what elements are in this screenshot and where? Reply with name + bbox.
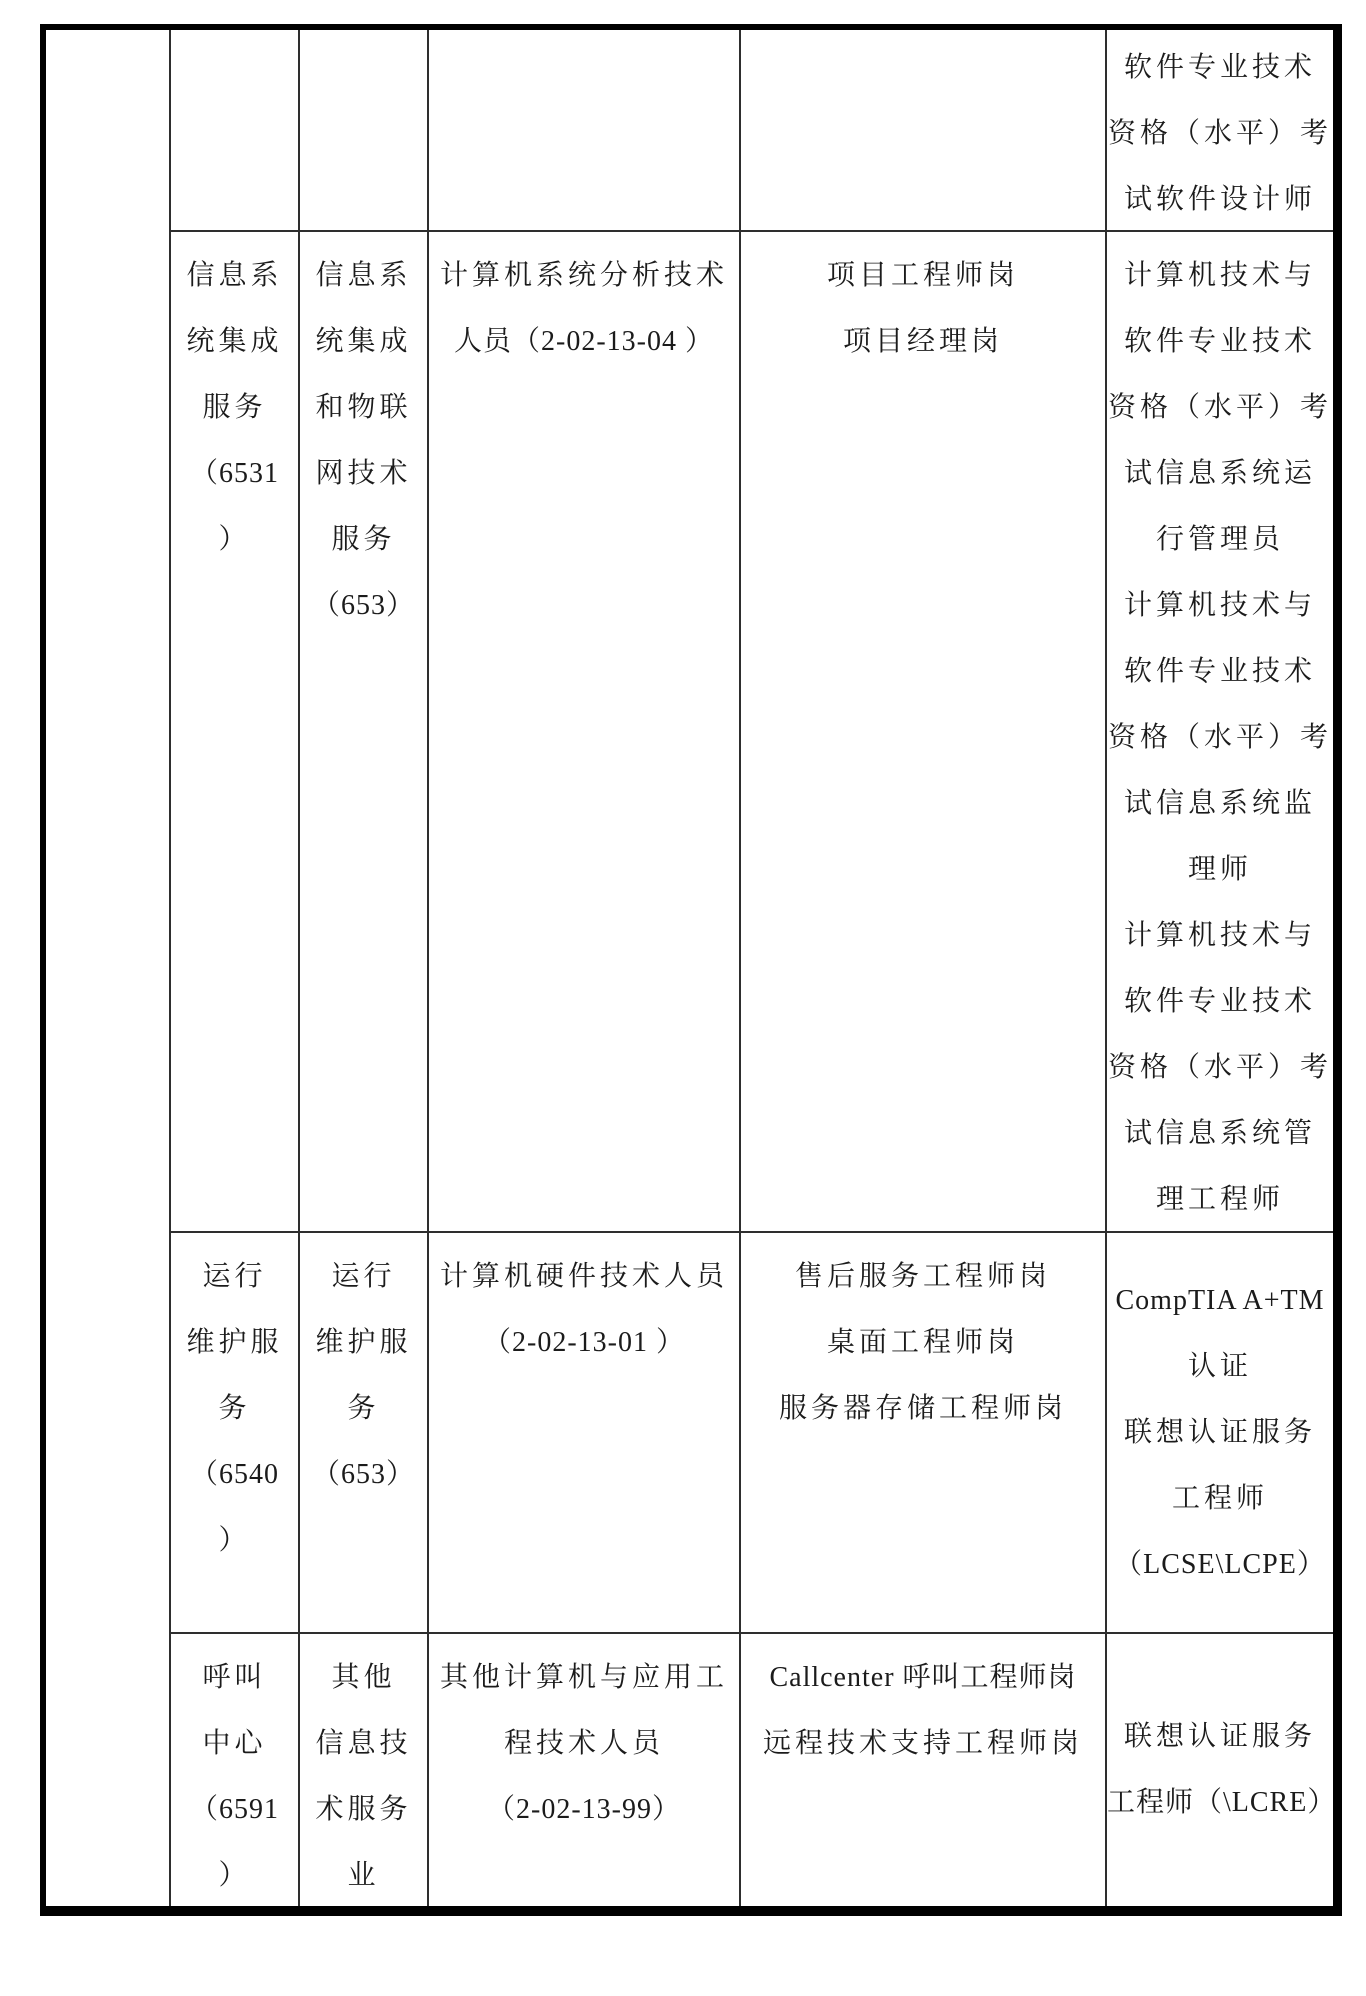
cell-line: 信息系	[171, 243, 298, 309]
cell-line: （6540	[171, 1442, 298, 1508]
cell-line: 软件专业技术	[1107, 639, 1333, 705]
cell-line: 软件专业技术	[1107, 35, 1333, 101]
cell-line: 和物联	[300, 375, 427, 441]
cell-line: 网技术	[300, 441, 427, 507]
cell-line: （6531	[171, 441, 298, 507]
cell-line: ）	[171, 1843, 298, 1906]
cell-line: 联想认证服务	[1107, 1400, 1333, 1466]
cell-line: 计算机技术与	[1107, 243, 1333, 309]
cell-r1-certificates: 计算机技术与软件专业技术资格（水平）考试信息系统运行管理员计算机技术与软件专业技…	[1107, 232, 1333, 1233]
cell-r2-certificates: CompTIA A+TM认证联想认证服务工程师（LCSE\LCPE）	[1107, 1233, 1333, 1634]
cell-line: 理工程师	[1107, 1167, 1333, 1233]
cell-line: 计算机技术与	[1107, 903, 1333, 969]
cell-r0-industry-sub-empty	[171, 30, 300, 232]
occupation-certification-table: 软件专业技术资格（水平）考试软件设计师 信息系统集成服务（6531） 信息系统集…	[40, 24, 1342, 1916]
cell-line: 工程师	[1107, 1466, 1333, 1532]
cell-r3-industry-group: 其他信息技术服务业	[300, 1634, 429, 1906]
cell-line: 资格（水平）考	[1107, 375, 1333, 441]
cell-line: 远程技术支持工程师岗	[741, 1711, 1105, 1777]
cell-line: （6591	[171, 1777, 298, 1843]
cell-line: 信息系	[300, 243, 427, 309]
cell-line: （2-02-13-99）	[429, 1777, 739, 1843]
cell-line: 计算机技术与	[1107, 573, 1333, 639]
cell-line: 运行	[300, 1244, 427, 1310]
cell-line: 桌面工程师岗	[741, 1310, 1105, 1376]
cell-line: 维护服	[171, 1310, 298, 1376]
cell-r0-certificates: 软件专业技术资格（水平）考试软件设计师	[1107, 30, 1333, 232]
cell-line: 资格（水平）考	[1107, 1035, 1333, 1101]
cell-r1-occupation: 计算机系统分析技术人员（2-02-13-04 ）	[429, 232, 741, 1233]
cell-r0-industry-group-empty	[300, 30, 429, 232]
cell-line: 试软件设计师	[1107, 167, 1333, 232]
cell-line: 认证	[1107, 1334, 1333, 1400]
cell-line: CompTIA A+TM	[1107, 1268, 1333, 1334]
cell-r1-positions: 项目工程师岗项目经理岗	[741, 232, 1107, 1233]
cell-line: 中心	[171, 1711, 298, 1777]
cell-line: Callcenter 呼叫工程师岗	[741, 1645, 1105, 1711]
cell-r3-certificates: 联想认证服务工程师（\LCRE）	[1107, 1634, 1333, 1906]
cell-line: 服务	[171, 375, 298, 441]
cell-r1-industry-sub: 信息系统集成服务（6531）	[171, 232, 300, 1233]
cell-line: 业	[300, 1843, 427, 1906]
cell-line: ）	[171, 1508, 298, 1574]
cell-r3-positions: Callcenter 呼叫工程师岗远程技术支持工程师岗	[741, 1634, 1107, 1906]
cell-line: 理师	[1107, 837, 1333, 903]
cell-line: 信息技	[300, 1711, 427, 1777]
cell-line: 项目经理岗	[741, 309, 1105, 375]
document-page: 软件专业技术资格（水平）考试软件设计师 信息系统集成服务（6531） 信息系统集…	[0, 0, 1366, 1996]
cell-line: 项目工程师岗	[741, 243, 1105, 309]
cell-line: 资格（水平）考	[1107, 101, 1333, 167]
cell-r3-occupation: 其他计算机与应用工程技术人员（2-02-13-99）	[429, 1634, 741, 1906]
cell-line: 务	[300, 1376, 427, 1442]
cell-line: 计算机硬件技术人员	[429, 1244, 739, 1310]
cell-line: 服务	[300, 507, 427, 573]
cell-line: 程技术人员	[429, 1711, 739, 1777]
cell-line: 运行	[171, 1244, 298, 1310]
cell-line: 务	[171, 1376, 298, 1442]
cell-r0-positions-empty	[741, 30, 1107, 232]
cell-line: 统集成	[171, 309, 298, 375]
cell-r0-occupation-empty	[429, 30, 741, 232]
cell-r2-industry-group: 运行维护服务（653）	[300, 1233, 429, 1634]
cell-line: 软件专业技术	[1107, 969, 1333, 1035]
cell-line: 人员（2-02-13-04 ）	[429, 309, 739, 375]
cell-line: 计算机系统分析技术	[429, 243, 739, 309]
cell-line: ）	[171, 507, 298, 573]
cell-r3-industry-sub: 呼叫中心（6591）	[171, 1634, 300, 1906]
cell-r2-occupation: 计算机硬件技术人员（2-02-13-01 ）	[429, 1233, 741, 1634]
cell-line: 其他计算机与应用工	[429, 1645, 739, 1711]
cell-r1-industry-group: 信息系统集成和物联网技术服务（653）	[300, 232, 429, 1233]
cell-line: 售后服务工程师岗	[741, 1244, 1105, 1310]
cell-line: 工程师（\LCRE）	[1107, 1770, 1333, 1836]
cell-line: 试信息系统运	[1107, 441, 1333, 507]
cell-line: 维护服	[300, 1310, 427, 1376]
cell-line: 试信息系统监	[1107, 771, 1333, 837]
cell-line: 联想认证服务	[1107, 1704, 1333, 1770]
cell-line: 术服务	[300, 1777, 427, 1843]
cell-line: 服务器存储工程师岗	[741, 1376, 1105, 1442]
cell-line: 统集成	[300, 309, 427, 375]
cell-line: （653）	[300, 573, 427, 639]
cell-line: 软件专业技术	[1107, 309, 1333, 375]
cell-line: 呼叫	[171, 1645, 298, 1711]
cell-line: 其他	[300, 1645, 427, 1711]
cell-line: 试信息系统管	[1107, 1101, 1333, 1167]
cell-line: 行管理员	[1107, 507, 1333, 573]
cell-line: 资格（水平）考	[1107, 705, 1333, 771]
cell-line: （2-02-13-01 ）	[429, 1310, 739, 1376]
cell-r2-industry-sub: 运行维护服务（6540）	[171, 1233, 300, 1634]
cell-col1-merged-empty	[46, 30, 171, 1906]
cell-line: （LCSE\LCPE）	[1107, 1532, 1333, 1598]
cell-r2-positions: 售后服务工程师岗桌面工程师岗服务器存储工程师岗	[741, 1233, 1107, 1634]
cell-line: （653）	[300, 1442, 427, 1508]
